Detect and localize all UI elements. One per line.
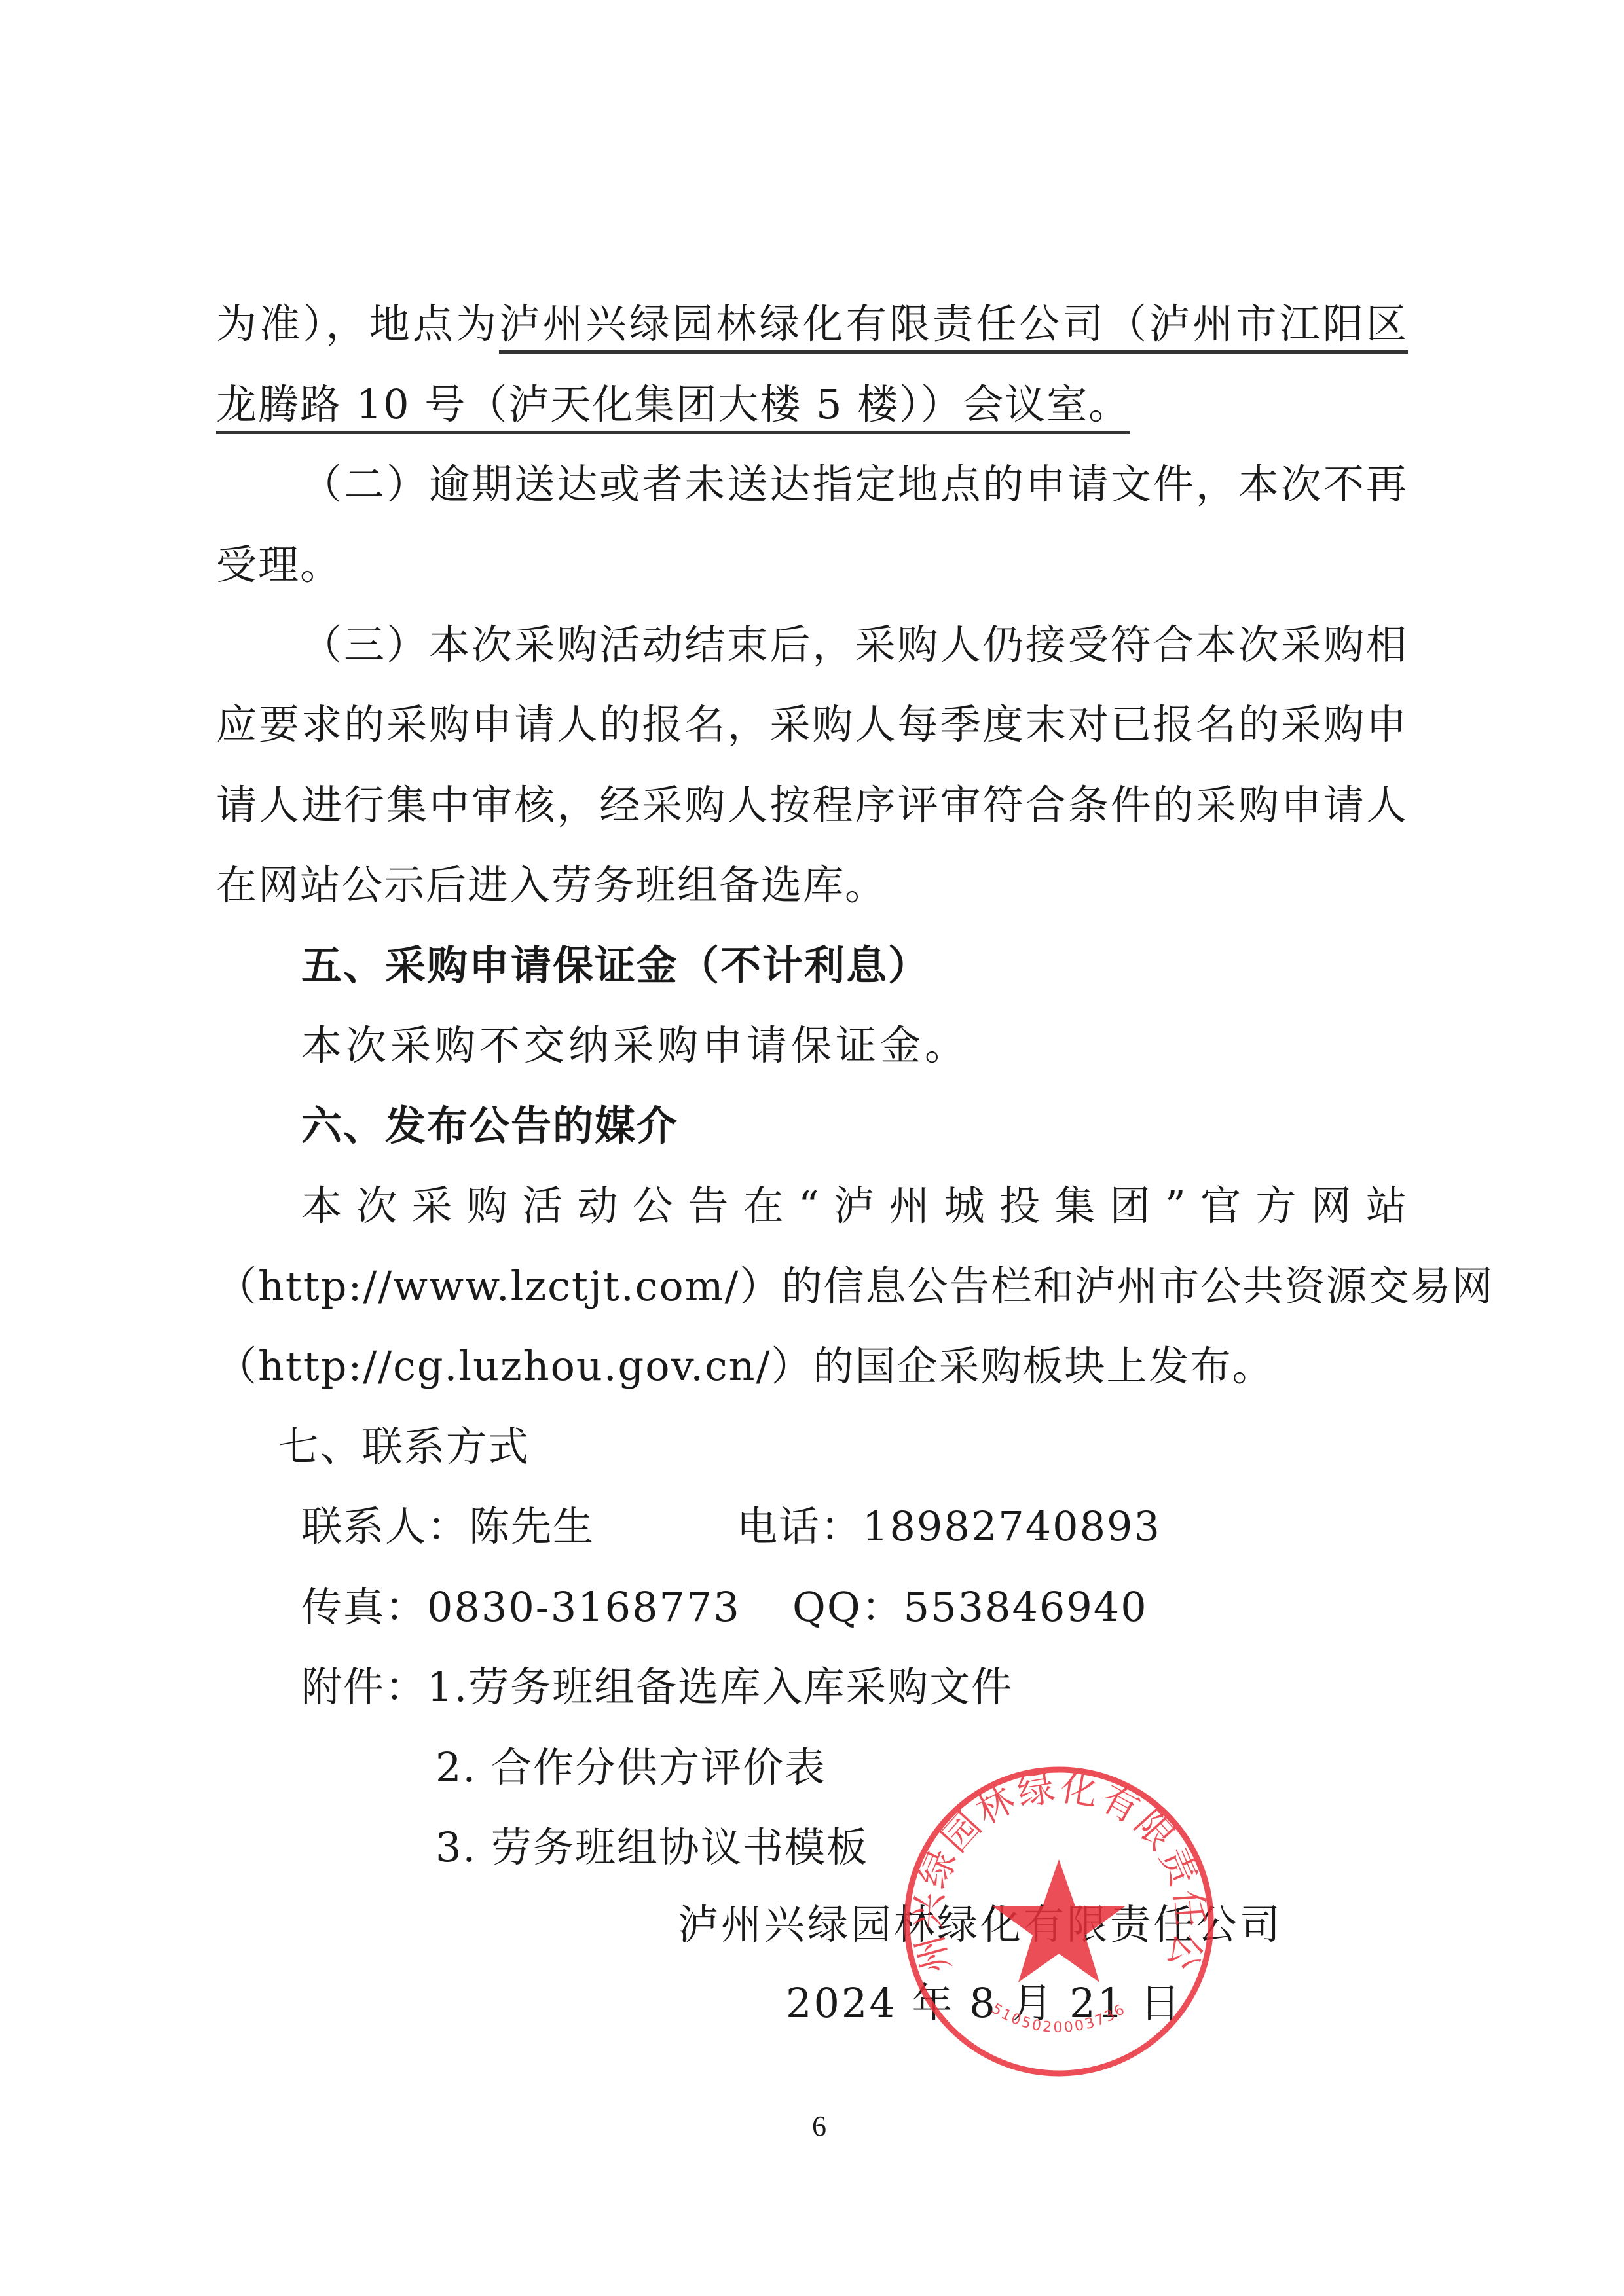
paragraph-after-procurement-line4: 在网站公示后进入劳务班组备选库。	[216, 859, 887, 911]
section6-heading: 六、发布公告的媒介	[301, 1100, 678, 1152]
phone-label: 电话：	[737, 1503, 862, 1550]
attachments-label: 附件：	[301, 1663, 427, 1711]
location-prefix: 为准），地点为	[216, 300, 499, 348]
paragraph-late-submission-line1: （二）逾期送达或者未送达指定地点的申请文件，本次不再	[301, 458, 1408, 511]
paragraph-late-submission-line2: 受理。	[216, 539, 342, 591]
signature-company: 泸州兴绿园林绿化有限责任公司	[678, 1899, 1283, 1951]
attachment-item-3: 3. 劳务班组协议书模板	[435, 1821, 868, 1874]
paragraph-location-line1: 为准），地点为泸州兴绿园林绿化有限责任公司（泸州市江阳区	[216, 298, 1408, 350]
paragraph-after-procurement-line1: （三）本次采购活动结束后，采购人仍接受符合本次采购相	[301, 619, 1408, 671]
contact-person-label: 联系人：	[301, 1503, 469, 1550]
phone-value: 18982740893	[862, 1503, 1161, 1550]
contact-person-row: 联系人：陈先生	[301, 1501, 595, 1553]
location-address-underlined: 泸州兴绿园林绿化有限责任公司（泸州市江阳区	[499, 300, 1408, 354]
section5-heading: 五、采购申请保证金（不计利息）	[301, 939, 930, 992]
section6-body-line3: （http://cg.luzhou.gov.cn/）的国企采购板块上发布。	[216, 1340, 1274, 1393]
fax-label: 传真：	[301, 1583, 427, 1631]
signature-date: 2024 年 8 月 21 日	[786, 1977, 1183, 2030]
attachments-row: 附件：1.劳务班组备选库入库采购文件	[301, 1661, 1013, 1713]
qq-row: QQ：553846940	[792, 1581, 1148, 1633]
attachment-item-2: 2. 合作分供方评价表	[435, 1741, 826, 1794]
location-address-underlined-2: 龙腾路 10 号（泸天化集团大楼 5 楼））会议室。	[216, 380, 1130, 434]
paragraph-location-line2: 龙腾路 10 号（泸天化集团大楼 5 楼））会议室。	[216, 378, 1130, 431]
contact-person-value: 陈先生	[469, 1503, 595, 1550]
section5-body: 本次采购不交纳采购申请保证金。	[301, 1019, 969, 1072]
section6-body-line2: （http://www.lzctjt.com/）的信息公告栏和泸州市公共资源交易…	[216, 1260, 1408, 1313]
phone-row: 电话：18982740893	[737, 1501, 1161, 1553]
fax-value: 0830-3168773	[427, 1583, 741, 1631]
fax-row: 传真：0830-3168773	[301, 1581, 741, 1633]
qq-label: QQ：	[792, 1583, 904, 1631]
paragraph-after-procurement-line3: 请人进行集中审核，经采购人按程序评审符合条件的采购申请人	[216, 779, 1408, 831]
attachment-item-1: 1.劳务班组备选库入库采购文件	[427, 1663, 1013, 1711]
page-number: 6	[812, 2109, 826, 2143]
qq-value: 553846940	[904, 1583, 1148, 1631]
section7-heading: 七、联系方式	[278, 1421, 530, 1473]
section6-body-line1: 本次采购活动公告在“泸州城投集团”官方网站	[301, 1180, 1408, 1232]
paragraph-after-procurement-line2: 应要求的采购申请人的报名，采购人每季度末对已报名的采购申	[216, 699, 1408, 751]
